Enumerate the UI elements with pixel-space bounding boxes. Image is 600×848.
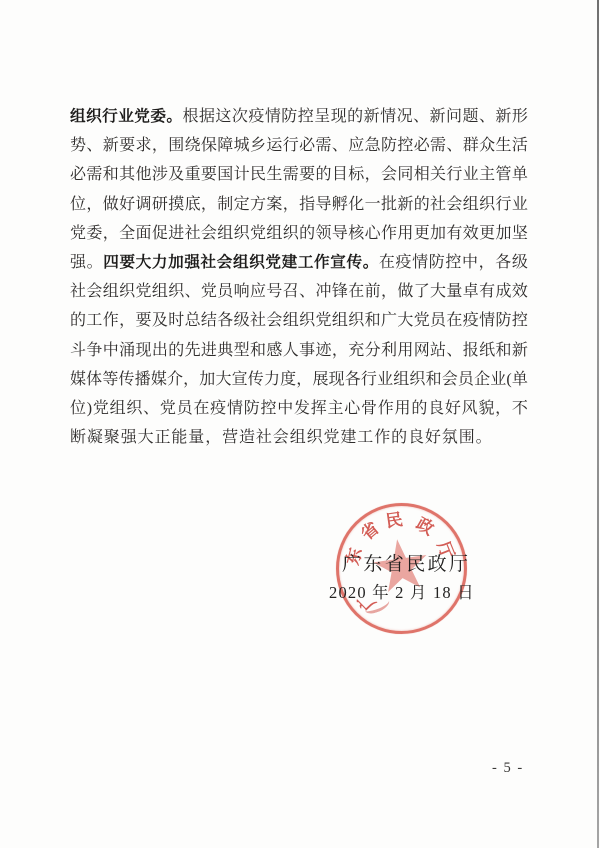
text-run: 断凝聚强大正能量，营造社会组织党建工作的良好氛围。 bbox=[70, 429, 493, 446]
issue-date: 2020 年 2 月 18 日 bbox=[329, 579, 475, 603]
text-run: 势、新要求，围绕保障城乡运行必需、应急防控必需、群众生活 bbox=[70, 137, 528, 154]
paragraph-line: 势、新要求，围绕保障城乡运行必需、应急防控必需、群众生活 bbox=[70, 131, 528, 160]
text-run: 社会组织党组织、党员响应号召、冲锋在前，做了大量卓有成效 bbox=[70, 283, 528, 300]
text-run: 根据这次疫情防控呈现的新情况、新问题、新形 bbox=[182, 108, 528, 125]
seal-ring-char: 省 bbox=[354, 515, 383, 545]
paragraph-line: 党委，全面促进社会组织党组织的领导核心作用更加有效更加坚 bbox=[70, 219, 528, 248]
text-run: 位)党组织、党员在疫情防控中发挥主心骨作用的良好风貌，不 bbox=[70, 400, 528, 417]
text-run: 位，做好调研摸底，制定方案，指导孵化一批新的社会组织行业 bbox=[70, 196, 528, 213]
paragraph-line: 必需和其他涉及重要国计民生需要的目标，会同相关行业主管单 bbox=[70, 160, 528, 189]
text-run: 的工作，要及时总结各级社会组织党组织和广大党员在疫情防控 bbox=[70, 312, 528, 329]
paragraph-line: 组织行业党委。根据这次疫情防控呈现的新情况、新问题、新形 bbox=[70, 102, 528, 131]
paragraph-line: 社会组织党组织、党员响应号召、冲锋在前，做了大量卓有成效 bbox=[70, 277, 528, 306]
bold-phrase: 组织行业党委。 bbox=[70, 107, 182, 125]
text-run: 在疫情防控中，各级 bbox=[379, 254, 528, 271]
paragraph-line: 的工作，要及时总结各级社会组织党组织和广大党员在疫情防控 bbox=[70, 306, 528, 335]
paragraph-line: 强。四要大力加强社会组织党建工作宣传。在疫情防控中，各级 bbox=[70, 248, 528, 277]
bold-phrase: 四要大力加强社会组织党建工作宣传。 bbox=[103, 253, 379, 271]
paragraph-line: 媒体等传播媒介，加大宣传力度，展现各行业组织和会员企业(单 bbox=[70, 365, 528, 394]
paragraph-line: 位)党组织、党员在疫情防控中发挥主心骨作用的良好风貌，不 bbox=[70, 394, 528, 423]
body-paragraph: 组织行业党委。根据这次疫情防控呈现的新情况、新问题、新形 势、新要求，围绕保障城… bbox=[70, 102, 528, 452]
text-run: 媒体等传播媒介，加大宣传力度，展现各行业组织和会员企业(单 bbox=[70, 371, 528, 388]
text-run: 必需和其他涉及重要国计民生需要的目标，会同相关行业主管单 bbox=[70, 166, 528, 183]
text-run: 强。 bbox=[70, 254, 103, 271]
issuing-authority: 广东省民政厅 bbox=[342, 549, 470, 576]
paragraph-line: 断凝聚强大正能量，营造社会组织党建工作的良好氛围。 bbox=[70, 423, 528, 452]
document-page: 组织行业党委。根据这次疫情防控呈现的新情况、新问题、新形 势、新要求，围绕保障城… bbox=[0, 0, 600, 848]
scan-edge-artifact bbox=[597, 0, 599, 848]
paragraph-line: 斗争中涌现出的先进典型和感人事迹，充分利用网站、报纸和新 bbox=[70, 336, 528, 365]
seal-ring-char: 民 bbox=[384, 505, 404, 532]
seal-ring-char: 政 bbox=[412, 510, 439, 540]
text-run: 党委，全面促进社会组织党组织的领导核心作用更加有效更加坚 bbox=[70, 225, 528, 242]
page-number: - 5 - bbox=[492, 760, 524, 777]
paragraph-line: 位，做好调研摸底，制定方案，指导孵化一批新的社会组织行业 bbox=[70, 190, 528, 219]
text-run: 斗争中涌现出的先进典型和感人事迹，充分利用网站、报纸和新 bbox=[70, 342, 528, 359]
